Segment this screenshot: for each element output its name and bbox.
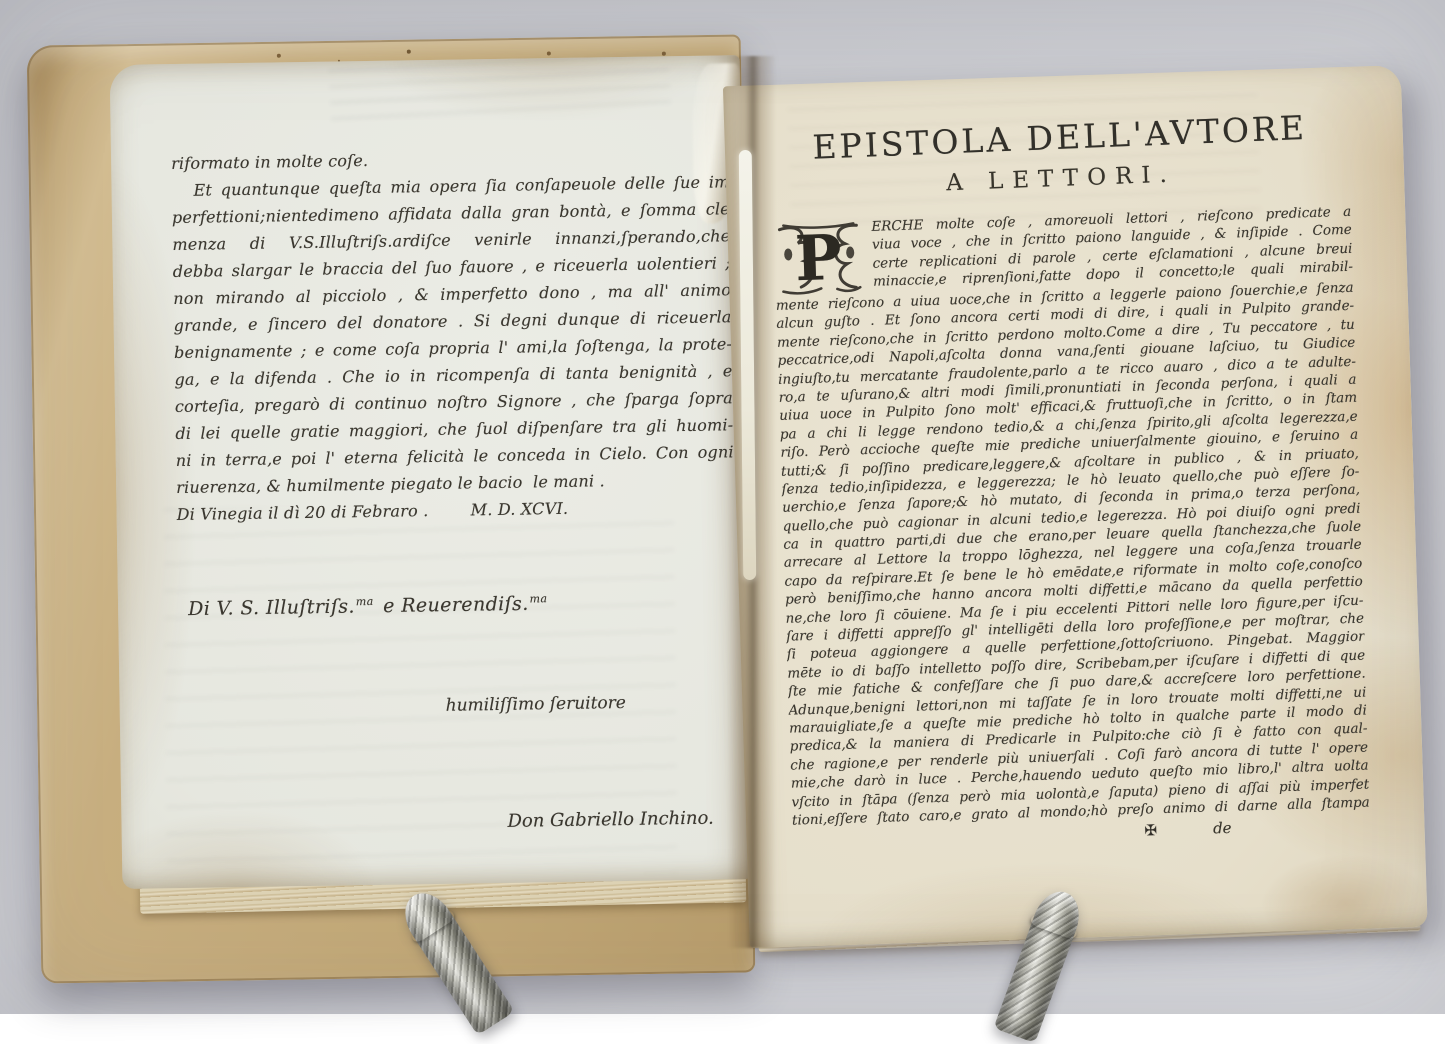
dedication-text: riformato in molte coſe. Et quantunque q… (171, 141, 735, 528)
left-page: riformato in molte coſe. Et quantunque q… (110, 55, 753, 889)
decorated-initial: P (773, 218, 863, 297)
superscript-ma: ma (529, 592, 547, 605)
superscript-ma: ma (356, 595, 374, 608)
show-through-text (329, 52, 672, 129)
closing-line: humiliſſimo ſeruitore (446, 693, 627, 716)
drop-cap-letter: P (794, 221, 843, 295)
salutation-part1: Di V. S. Illuſtriſs. (188, 596, 355, 621)
woodcut-initial-ornament: P (773, 218, 863, 297)
epistle-content: EPISTOLA DELL'AVTORE A LETTORI. (770, 109, 1370, 851)
signature-line: Don Gabriello Inchino. (507, 808, 714, 832)
salutation-part2: e Reuerendiſs. (383, 593, 529, 617)
epistle-body: mente rieſcono a uiua uoce,che in ſcritt… (776, 279, 1370, 830)
right-page: EPISTOLA DELL'AVTORE A LETTORI. (723, 65, 1428, 948)
salutation-line: Di V. S. Illuſtriſs.ma e Reuerendiſs.ma (188, 592, 551, 620)
photo-background: riformato in molte coſe. Et quantunque q… (0, 0, 1445, 1014)
catchword: de (1213, 819, 1232, 838)
maltese-cross-icon: ✠ (1144, 821, 1157, 839)
cover-speckles (277, 54, 281, 58)
